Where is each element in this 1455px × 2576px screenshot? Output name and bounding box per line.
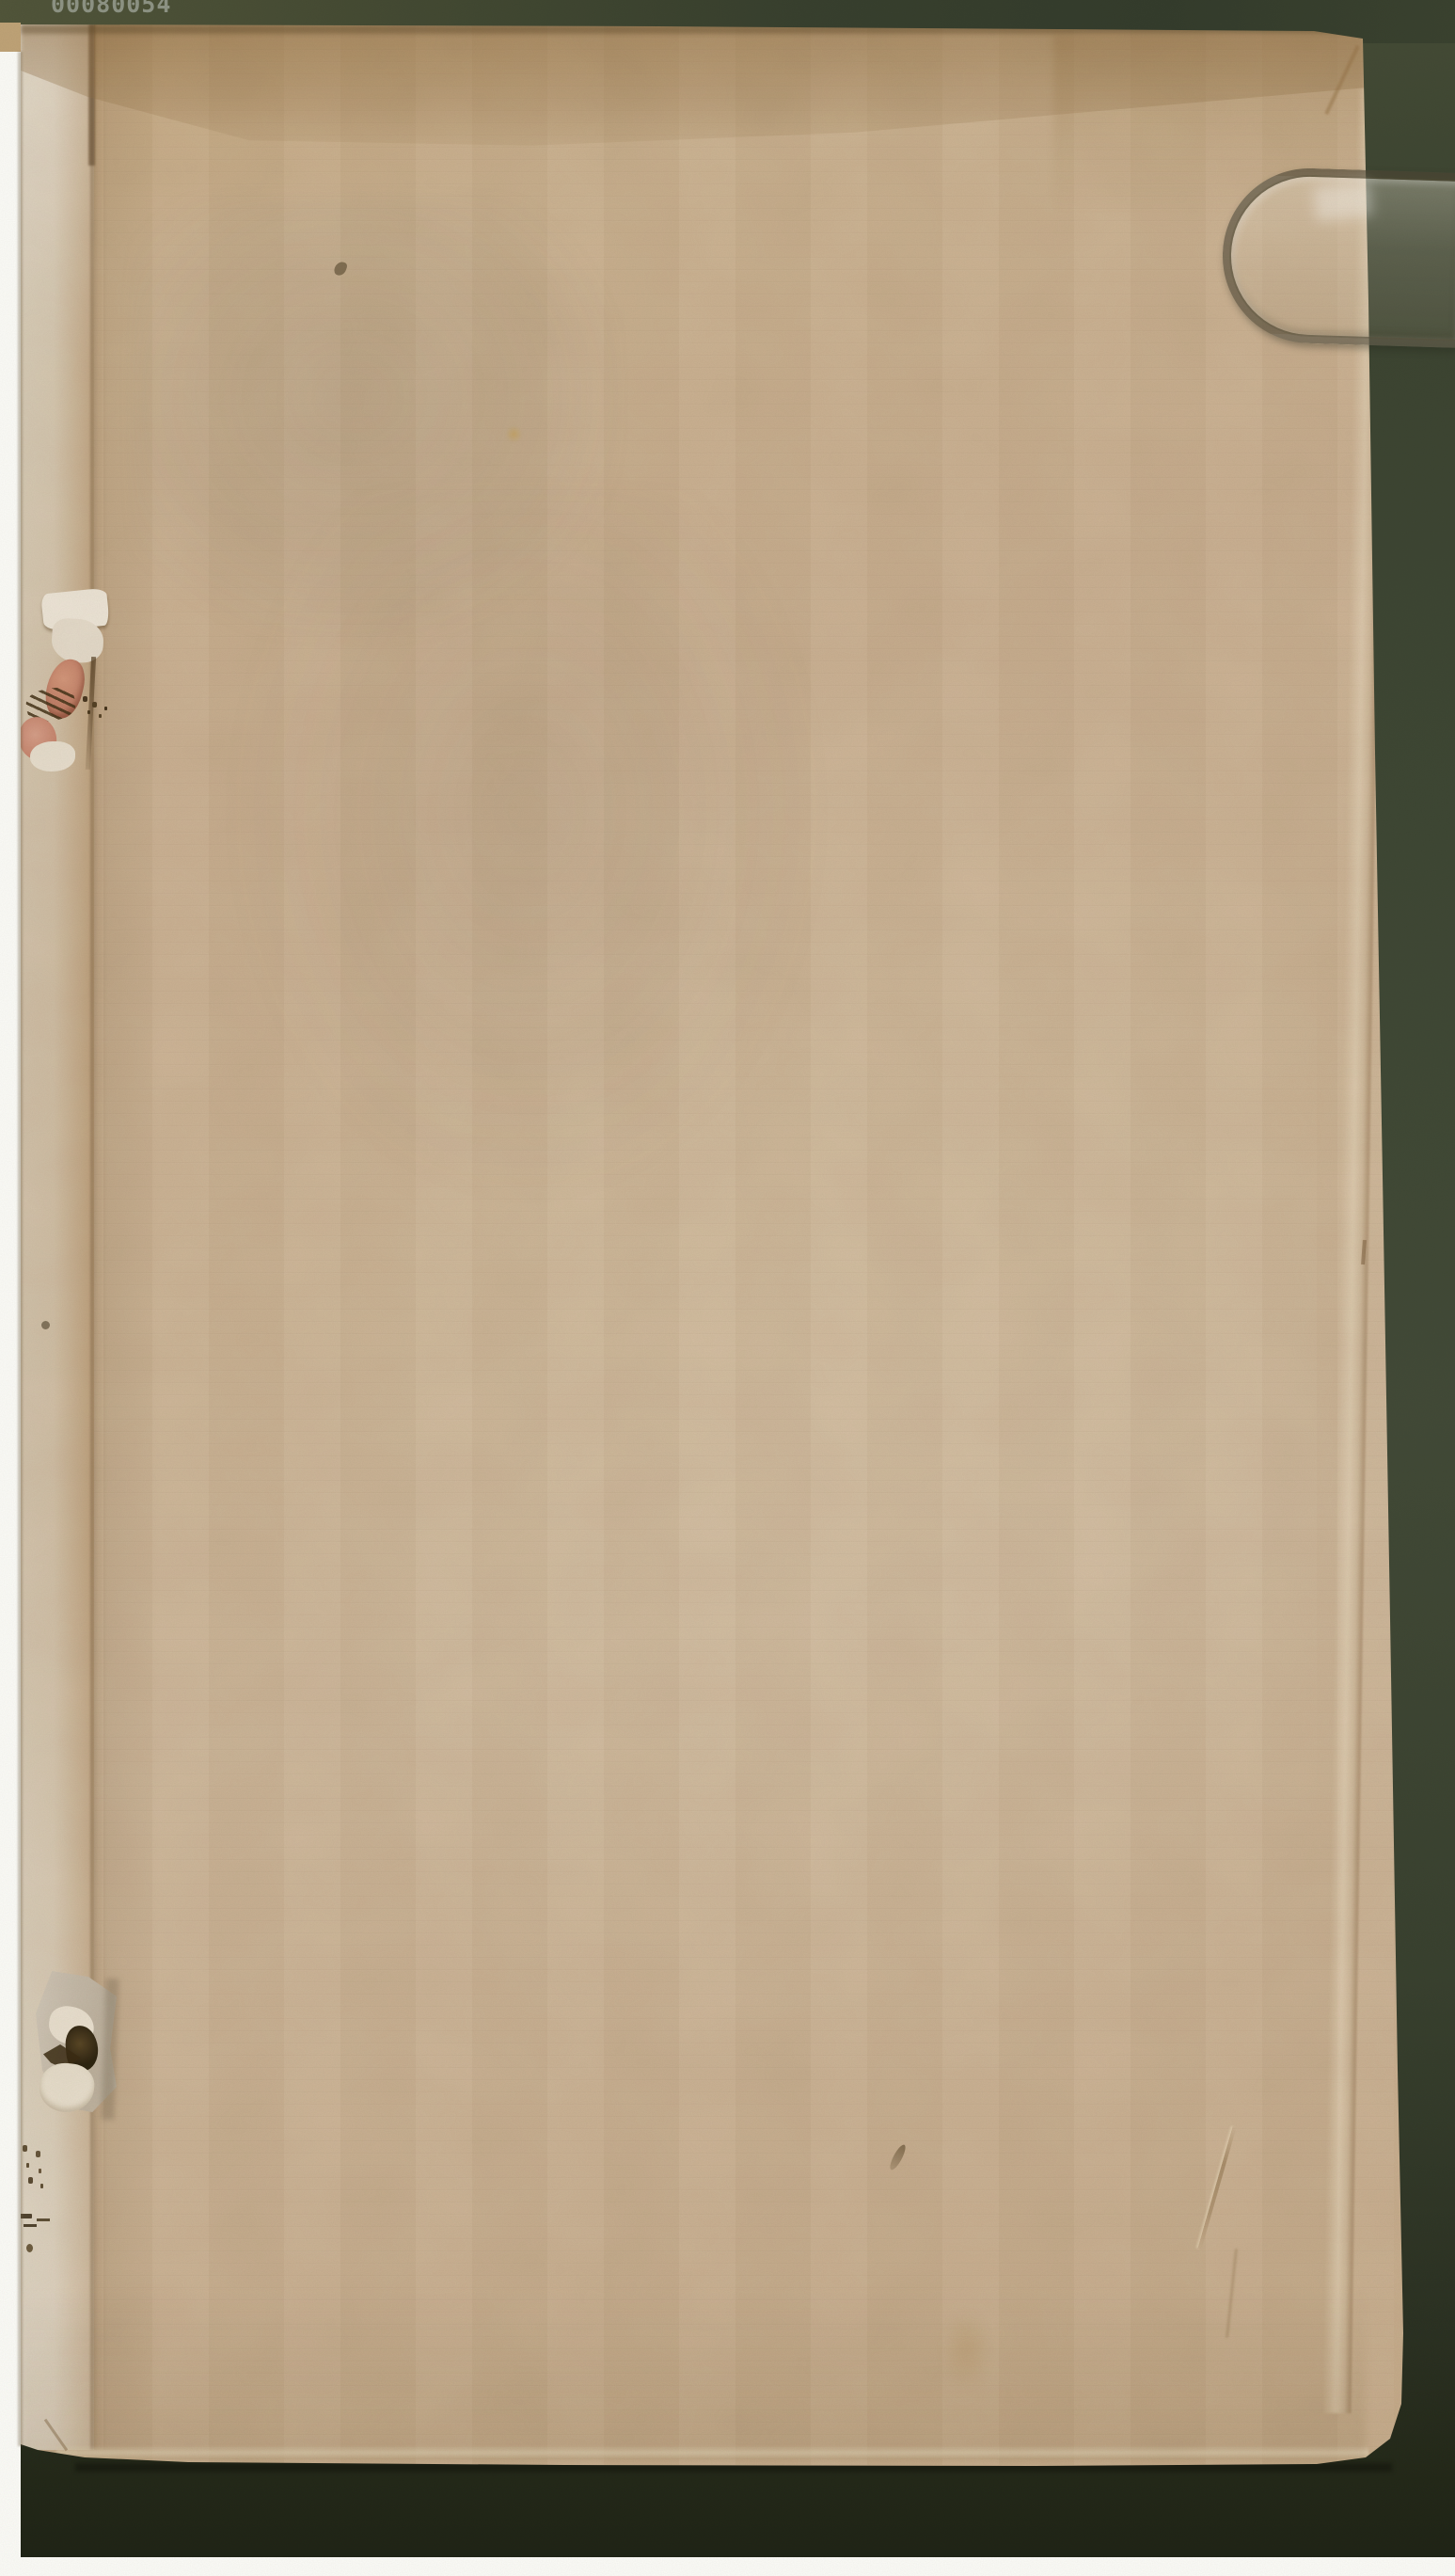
ink-speck-cluster: [23, 2145, 27, 2152]
page-left-seam-shadow: [18, 52, 23, 2446]
scanner-margin-bottom: [0, 2557, 1455, 2576]
dark-speck-cluster: [83, 696, 87, 702]
scan-id-number: 00080054: [51, 0, 171, 18]
plastic-clip: [1220, 166, 1455, 348]
book-page: [0, 0, 1455, 2576]
ink-speck: [26, 2244, 33, 2252]
tear-crack-line: [86, 657, 96, 770]
paper-stain-bottom: [21, 2286, 1366, 2460]
plastic-clip-reflection: [1313, 182, 1373, 221]
spine-damage-upper: [9, 583, 132, 786]
paper-speck-middle: [41, 1321, 50, 1329]
page-corner-overhang: [0, 23, 21, 52]
torn-paper-patch: [30, 741, 75, 771]
book-scan-photo: 00080054: [0, 0, 1455, 2576]
paper-smudge-bottom: [941, 2310, 992, 2390]
paper-spot-yellow: [506, 425, 522, 443]
paper-stain-center-left: [226, 489, 828, 1204]
spine-damage-lower: [9, 1962, 141, 2272]
